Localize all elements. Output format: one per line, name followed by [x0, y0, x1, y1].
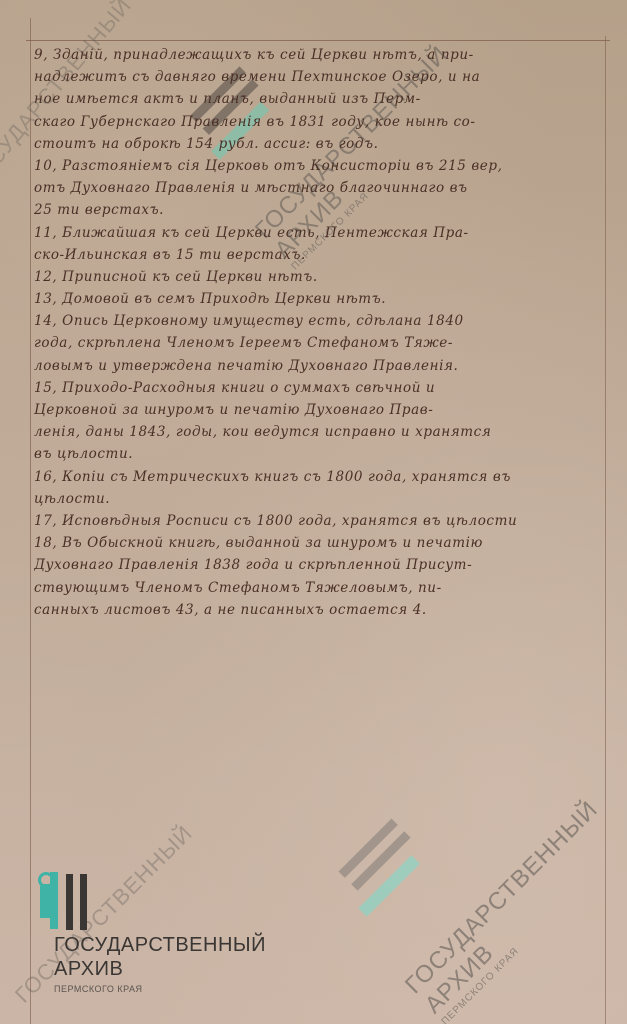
text-line: 25 ти верстахъ. [34, 199, 602, 221]
archive-logo: ГОСУДАРСТВЕННЫЙ АРХИВ ПЕРМСКОГО КРАЯ [34, 870, 274, 1010]
text-line: отъ Духовнаго Правленія и мѣстнаго благо… [34, 177, 602, 199]
right-margin-line [605, 36, 606, 1024]
text-line: 13, Домовой въ семъ Приходѣ Церкви нѣтъ. [34, 288, 602, 310]
top-ruled-line [26, 40, 610, 41]
text-line: года, скрѣплена Членомъ Іереемъ Стефаном… [34, 332, 602, 354]
text-line: цѣлости. [34, 488, 602, 510]
text-line: 11, Ближайшая къ сей Церкви есть, Пентеж… [34, 222, 602, 244]
text-line: ленія, даны 1843, годы, кои ведутся испр… [34, 421, 602, 443]
logo-emblem-icon [34, 870, 94, 932]
left-margin-line [30, 18, 31, 1024]
text-line: Духовнаго Правленія 1838 года и скрѣплен… [34, 554, 602, 576]
text-line: Церковной за шнуромъ и печатію Духовнаго… [34, 399, 602, 421]
archive-page: ГОСУДАРСТВЕННЫЙ ГОСУДАРСТВЕННЫЙ АРХИВ ПЕ… [0, 0, 627, 1024]
logo-subtitle: АРХИВ [54, 958, 123, 981]
watermark-logo-gray-bar-icon [351, 831, 410, 890]
text-line: 14, Опись Церковному имуществу есть, сдѣ… [34, 310, 602, 332]
text-line: надлежитъ съ давняго времени Пехтинское … [34, 66, 602, 88]
text-line: ско-Ильинская въ 15 ти верстахъ. [34, 244, 602, 266]
text-line: 15, Приходо-Расходныя книги о суммахъ св… [34, 377, 602, 399]
text-line: 12, Приписной къ сей Церкви нѣтъ. [34, 266, 602, 288]
logo-region: ПЕРМСКОГО КРАЯ [54, 984, 143, 994]
text-line: ловымъ и утверждена печатію Духовнаго Пр… [34, 355, 602, 377]
text-line: въ цѣлости. [34, 443, 602, 465]
text-line: ствующимъ Членомъ Стефаномъ Тяжеловымъ, … [34, 577, 602, 599]
text-line: 17, Исповѣдныя Росписи съ 1800 года, хра… [34, 510, 602, 532]
watermark-logo-gray-bar-icon [338, 818, 397, 877]
handwritten-text: 9, Зданій, принадлежащихъ къ сей Церкви … [34, 44, 602, 621]
text-line: 9, Зданій, принадлежащихъ къ сей Церкви … [34, 44, 602, 66]
text-line: 18, Въ Обыскной книгѣ, выданной за шнуро… [34, 532, 602, 554]
logo-title: ГОСУДАРСТВЕННЫЙ [54, 934, 266, 957]
watermark-logo-teal-bar-icon [358, 855, 420, 917]
text-line: 16, Копіи съ Метрическихъ книгъ съ 1800 … [34, 466, 602, 488]
text-line: ное имѣется актъ и планъ, выданный изъ П… [34, 88, 602, 110]
text-line: скаго Губернскаго Правленія въ 1831 году… [34, 111, 602, 133]
text-line: санныхъ листовъ 43, а не писанныхъ остае… [34, 599, 602, 621]
text-line: 10, Разстояніемъ сія Церковь отъ Консист… [34, 155, 602, 177]
text-line: стоитъ на оброкѣ 154 рубл. ассиг: въ год… [34, 133, 602, 155]
